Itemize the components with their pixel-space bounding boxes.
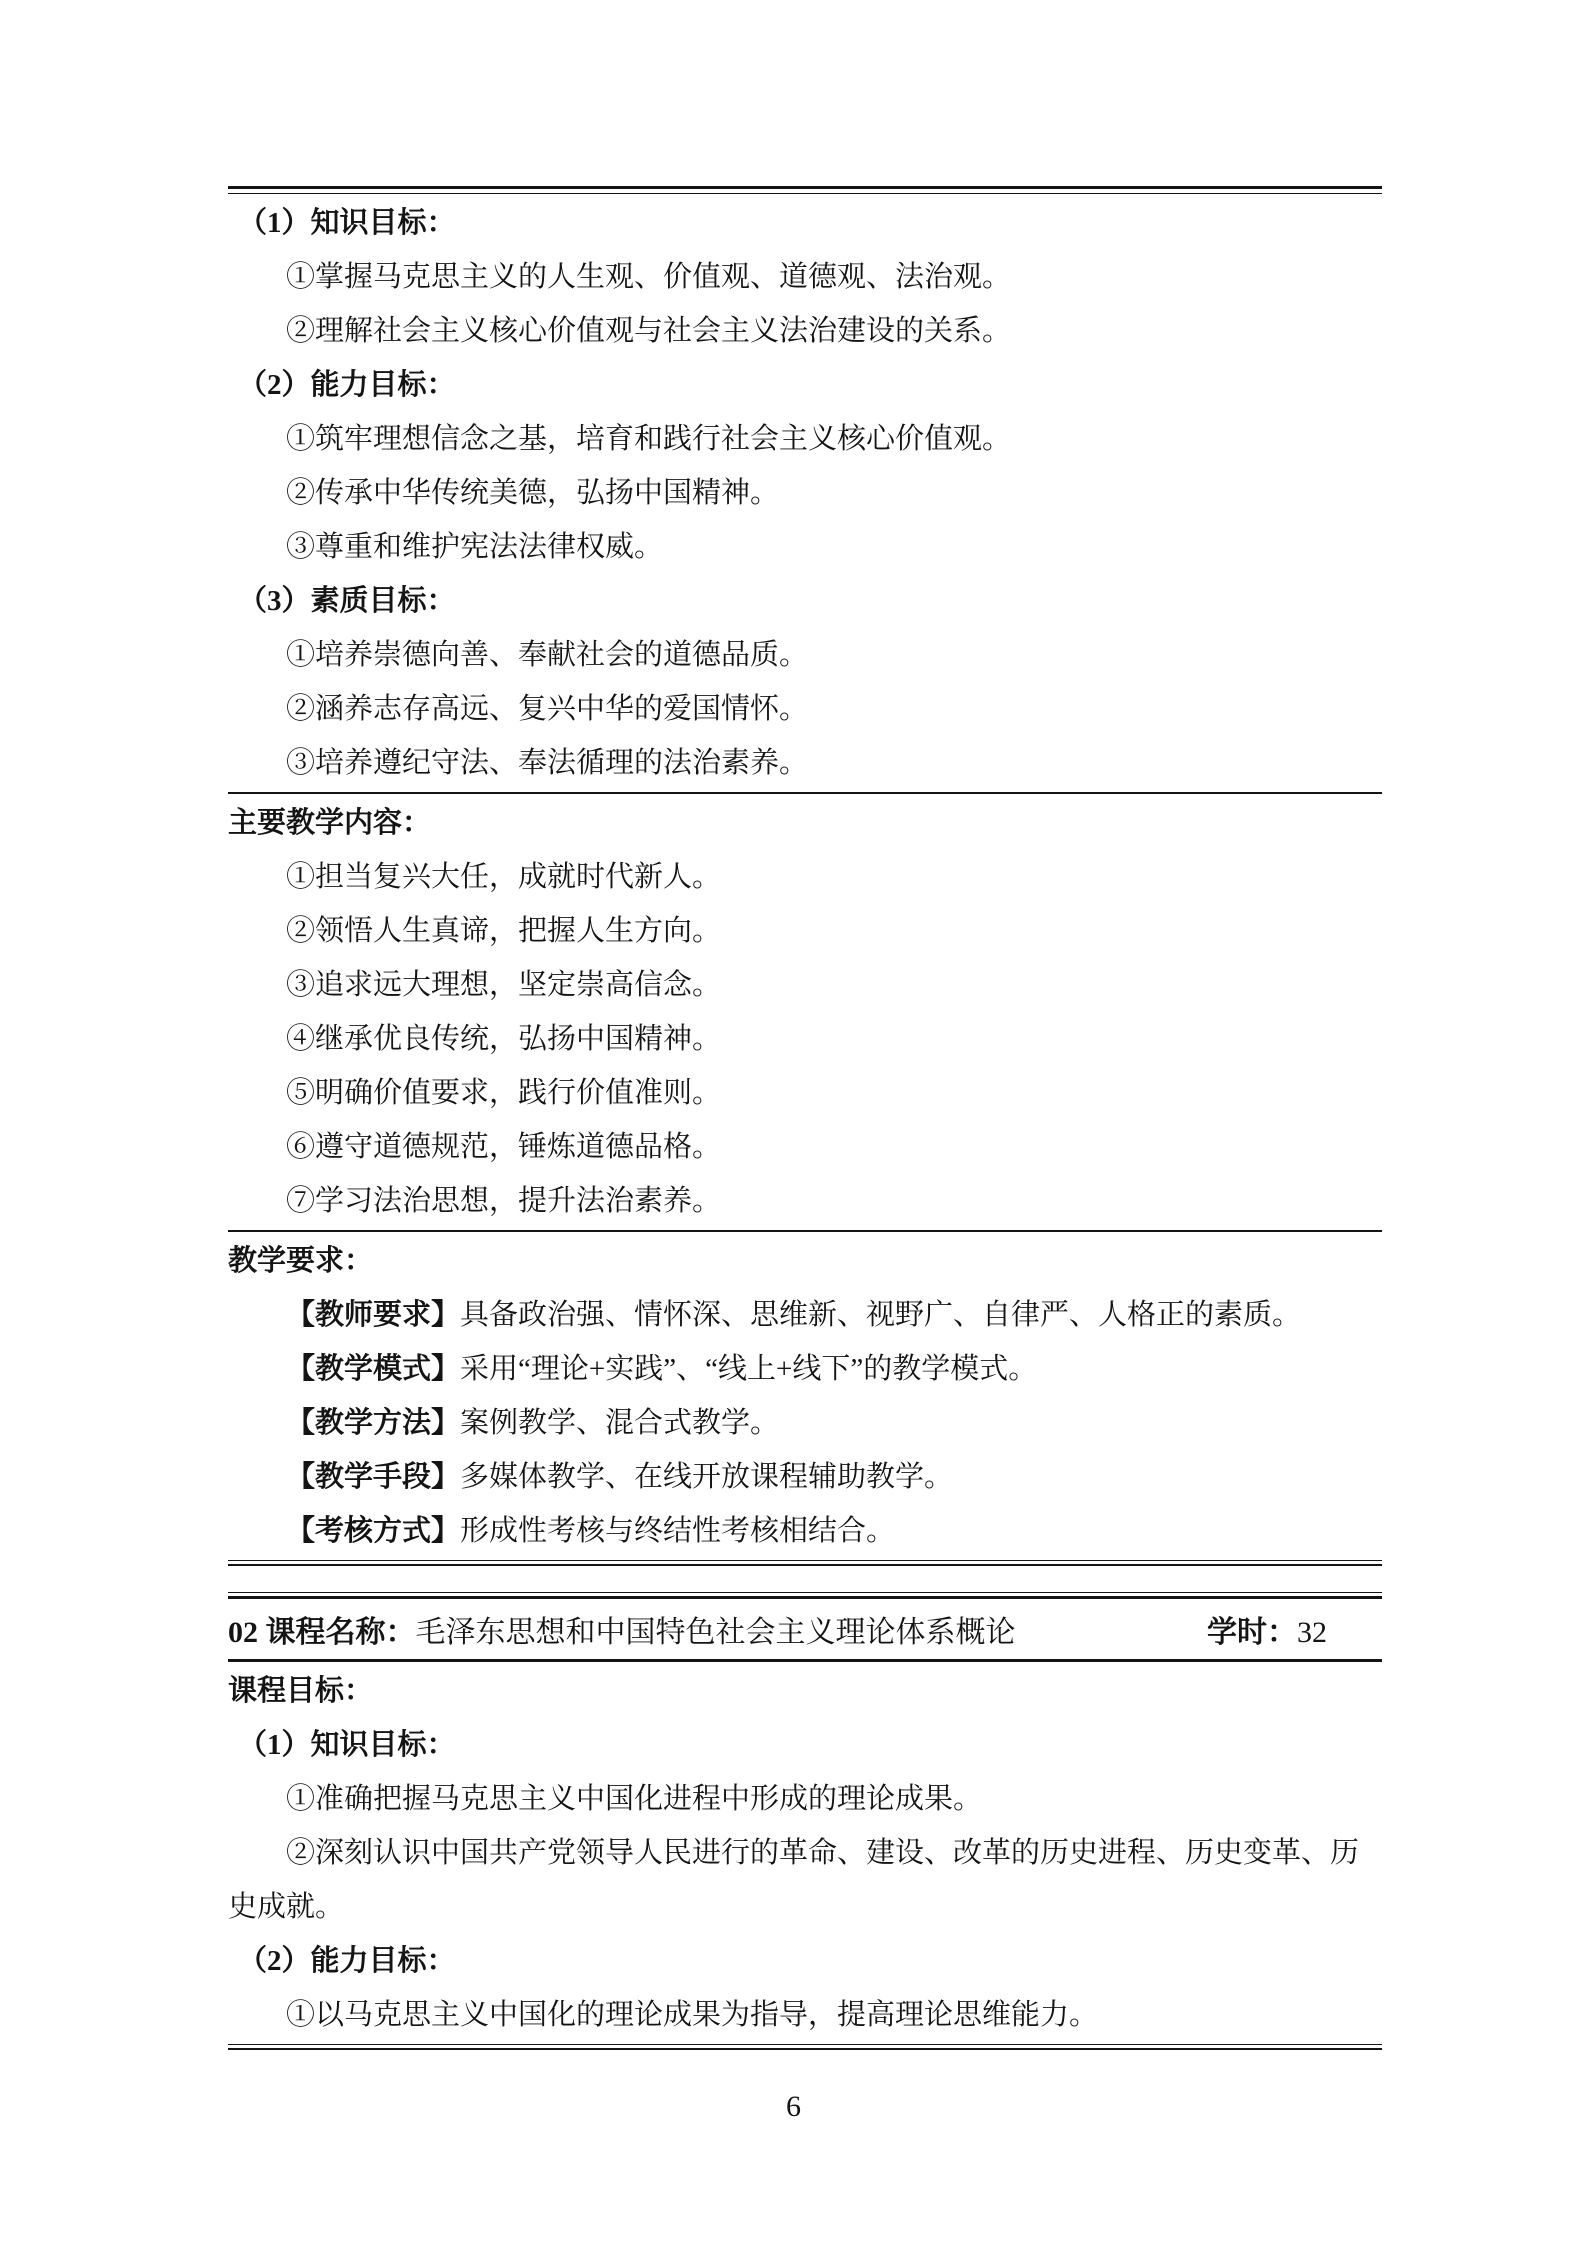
requirement-text: 具备政治强、情怀深、思维新、视野广、自律严、人格正的素质。 xyxy=(460,1299,1301,1331)
list-item: ⑤明确价值要求，践行价值准则。 xyxy=(228,1066,1382,1120)
list-item: ③追求远大理想，坚定崇高信念。 xyxy=(228,958,1382,1012)
list-item: ⑦学习法治思想，提升法治素养。 xyxy=(228,1174,1382,1228)
list-item: ①准确把握马克思主义中国化进程中形成的理论成果。 xyxy=(228,1772,1382,1826)
page-number: 6 xyxy=(0,2080,1587,2134)
course-goals-heading: 课程目标： xyxy=(228,1664,1382,1718)
requirement-label: 【教学方法】 xyxy=(286,1407,460,1439)
course02-name: 毛泽东思想和中国特色社会主义理论体系概论 xyxy=(416,1616,1016,1649)
list-item: ①筑牢理想信念之基，培育和践行社会主义核心价值观。 xyxy=(228,412,1382,466)
requirement-label: 【考核方式】 xyxy=(286,1515,460,1547)
divider-double-bottom xyxy=(228,2044,1382,2050)
course02-hours: 学时：32 xyxy=(1207,1607,1327,1651)
list-item: ②传承中华传统美德，弘扬中国精神。 xyxy=(228,466,1382,520)
teaching-content-section: 主要教学内容： ①担当复兴大任，成就时代新人。 ②领悟人生真谛，把握人生方向。 … xyxy=(228,794,1382,1230)
requirement-label: 【教学手段】 xyxy=(286,1461,460,1493)
list-item: ④继承优良传统，弘扬中国精神。 xyxy=(228,1012,1382,1066)
block-gap xyxy=(228,1566,1382,1592)
divider-double-block-start xyxy=(228,1592,1382,1599)
divider-double-top xyxy=(228,186,1382,194)
requirement-text: 采用“理论+实践”、“线上+线下”的教学模式。 xyxy=(460,1353,1037,1385)
requirement-text: 案例教学、混合式教学。 xyxy=(460,1407,779,1439)
course02-goals-section: 课程目标： （1）知识目标： ①准确把握马克思主义中国化进程中形成的理论成果。 … xyxy=(228,1662,1382,2044)
top-margin xyxy=(0,0,1587,186)
list-item: ②深刻认识中国共产党领导人民进行的革命、建设、改革的历史进程、历史变革、历史成就… xyxy=(228,1826,1382,1934)
course02-hours-value: 32 xyxy=(1297,1616,1327,1649)
requirement-text: 多媒体教学、在线开放课程辅助教学。 xyxy=(460,1461,953,1493)
teaching-requirements-heading: 教学要求： xyxy=(228,1234,1382,1288)
course01-objectives-section: （1）知识目标： ①掌握马克思主义的人生观、价值观、道德观、法治观。 ②理解社会… xyxy=(228,194,1382,792)
list-item: ①培养崇德向善、奉献社会的道德品质。 xyxy=(228,628,1382,682)
requirement-item: 【考核方式】形成性考核与终结性考核相结合。 xyxy=(228,1504,1382,1558)
list-item: ①掌握马克思主义的人生观、价值观、道德观、法治观。 xyxy=(228,250,1382,304)
ability-goal-heading: （2）能力目标： xyxy=(228,358,1382,412)
ability-goal-heading: （2）能力目标： xyxy=(228,1934,1382,1988)
course02-hours-label: 学时： xyxy=(1207,1616,1297,1649)
course02-title: 02 课程名称：毛泽东思想和中国特色社会主义理论体系概论 xyxy=(228,1607,1016,1651)
teaching-content-heading: 主要教学内容： xyxy=(228,796,1382,850)
requirement-item: 【教学手段】多媒体教学、在线开放课程辅助教学。 xyxy=(228,1450,1382,1504)
list-item: ②领悟人生真谛，把握人生方向。 xyxy=(228,904,1382,958)
requirement-item: 【教师要求】具备政治强、情怀深、思维新、视野广、自律严、人格正的素质。 xyxy=(228,1288,1382,1342)
list-item: ②涵养志存高远、复兴中华的爱国情怀。 xyxy=(228,682,1382,736)
teaching-requirements-section: 教学要求： 【教师要求】具备政治强、情怀深、思维新、视野广、自律严、人格正的素质… xyxy=(228,1232,1382,1560)
requirement-item: 【教学方法】案例教学、混合式教学。 xyxy=(228,1396,1382,1450)
list-item: ①担当复兴大任，成就时代新人。 xyxy=(228,850,1382,904)
document-content: （1）知识目标： ①掌握马克思主义的人生观、价值观、道德观、法治观。 ②理解社会… xyxy=(228,186,1382,2050)
knowledge-goal-heading: （1）知识目标： xyxy=(228,196,1382,250)
requirement-item: 【教学模式】采用“理论+实践”、“线上+线下”的教学模式。 xyxy=(228,1342,1382,1396)
course02-header-row: 02 课程名称：毛泽东思想和中国特色社会主义理论体系概论 学时：32 xyxy=(228,1599,1382,1659)
list-item: ⑥遵守道德规范，锤炼道德品格。 xyxy=(228,1120,1382,1174)
requirement-label: 【教师要求】 xyxy=(286,1299,460,1331)
requirement-label: 【教学模式】 xyxy=(286,1353,460,1385)
knowledge-goal-heading: （1）知识目标： xyxy=(228,1718,1382,1772)
requirement-text: 形成性考核与终结性考核相结合。 xyxy=(460,1515,895,1547)
quality-goal-heading: （3）素质目标： xyxy=(228,574,1382,628)
list-item: ③培养遵纪守法、奉法循理的法治素养。 xyxy=(228,736,1382,790)
course02-title-label: 02 课程名称： xyxy=(228,1616,416,1649)
document-page: （1）知识目标： ①掌握马克思主义的人生观、价值观、道德观、法治观。 ②理解社会… xyxy=(0,0,1587,2245)
list-item: ①以马克思主义中国化的理论成果为指导，提高理论思维能力。 xyxy=(228,1988,1382,2042)
list-item: ②理解社会主义核心价值观与社会主义法治建设的关系。 xyxy=(228,304,1382,358)
list-item: ③尊重和维护宪法法律权威。 xyxy=(228,520,1382,574)
